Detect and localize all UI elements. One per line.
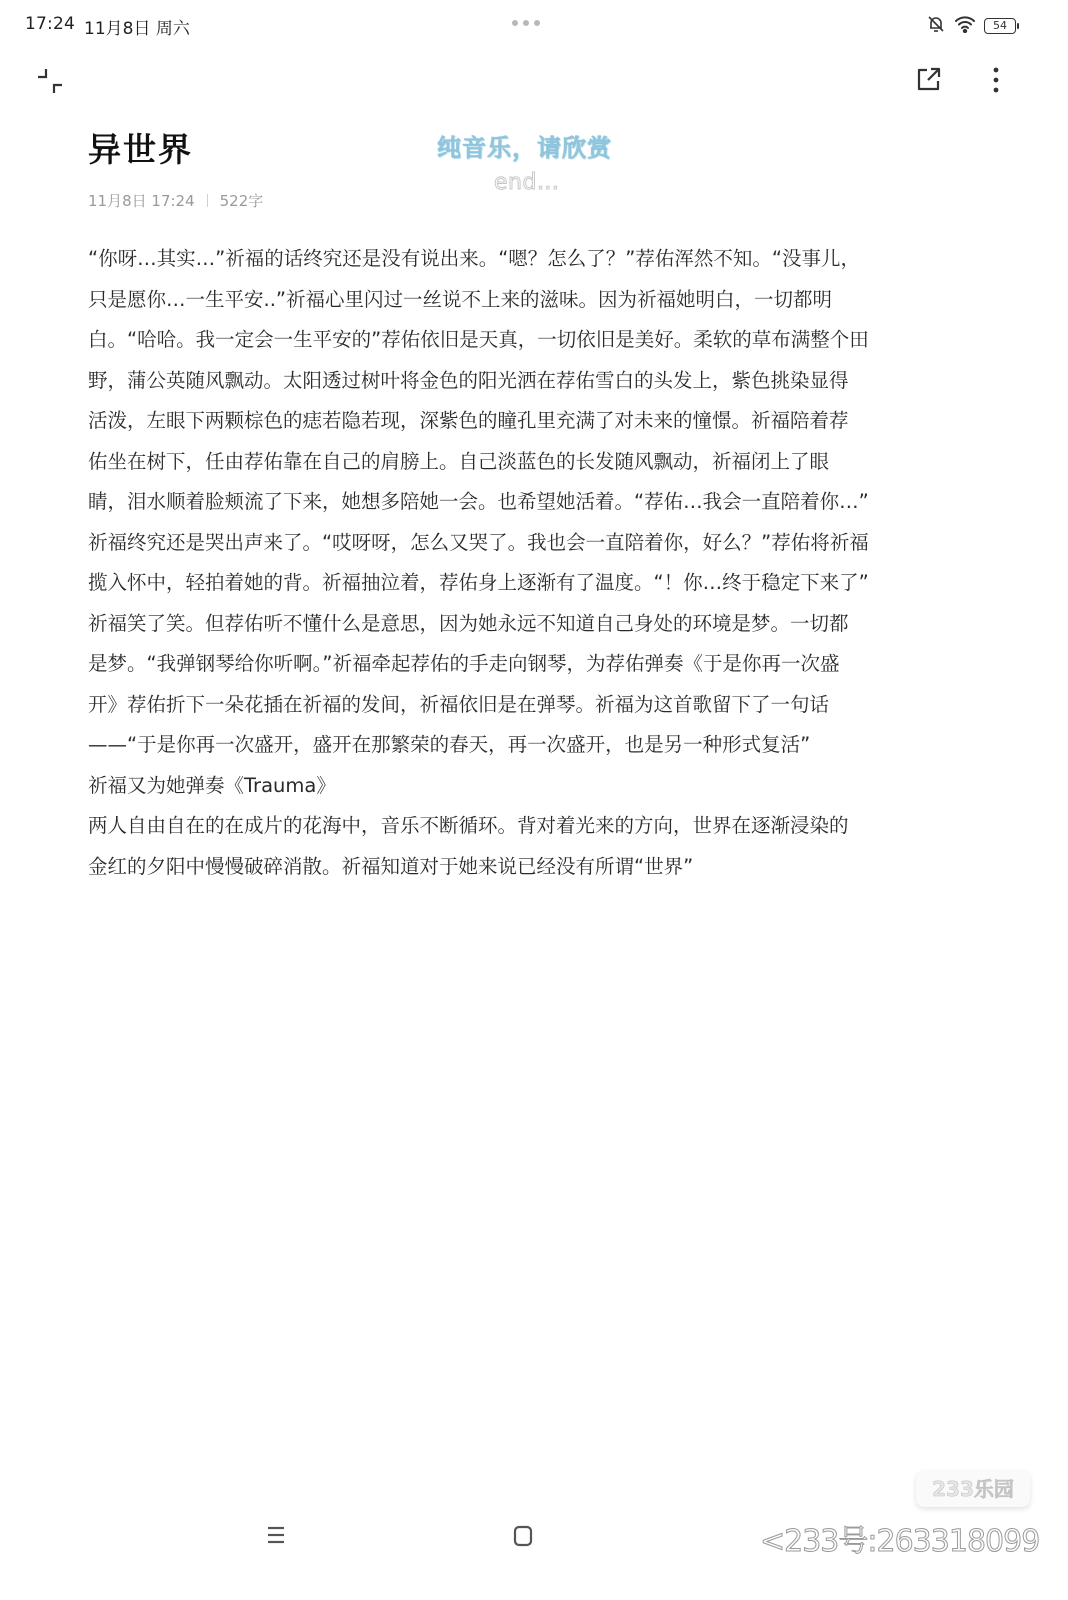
note-date: 11月8日 17:24 bbox=[88, 190, 195, 211]
notes-app-screen: 17:24 11月8日 周六 54 bbox=[0, 0, 1068, 1600]
watermark-id: <233号:263318099 bbox=[760, 1516, 1039, 1560]
menu-icon bbox=[265, 1530, 287, 1549]
bell-muted-icon bbox=[926, 14, 946, 38]
share-external-icon bbox=[914, 79, 944, 98]
note-line: 祈福笑了笑。但荐佑听不懂什么是意思，因为她永远不知道自己身处的环境是梦。一切都 bbox=[88, 604, 968, 645]
note-line: 佑坐在树下，任由荐佑靠在自己的肩膀上。自己淡蓝色的长发随风飘动，祈福闭上了眼 bbox=[88, 442, 968, 483]
note-line: “你呀…其实…”祈福的话终究还是没有说出来。“嗯？怎么了？”荐佑浑然不知。“没事… bbox=[88, 239, 968, 280]
collapse-icon bbox=[34, 84, 68, 103]
nav-home-button[interactable] bbox=[513, 1525, 533, 1547]
overlay-caption: 纯音乐，请欣赏 bbox=[437, 128, 612, 163]
note-line: 白。“哈哈。我一定会一生平安的”荐佑依旧是天真，一切依旧是美好。柔软的草布满整个… bbox=[88, 320, 968, 361]
more-options-button[interactable] bbox=[984, 64, 1008, 96]
note-line: ——“于是你再一次盛开，盛开在那繁荣的春天，再一次盛开，也是另一种形式复活” bbox=[88, 725, 968, 766]
note-line: 祈福又为她弹奏《Trauma》 bbox=[88, 766, 968, 807]
note-body[interactable]: “你呀…其实…”祈福的话终究还是没有说出来。“嗯？怎么了？”荐佑浑然不知。“没事… bbox=[88, 239, 968, 887]
note-meta: 11月8日 17:24 522字 bbox=[88, 190, 263, 211]
note-word-count: 522字 bbox=[220, 190, 264, 211]
note-line: 只是愿你…一生平安..”祈福心里闪过一丝说不上来的滋味。因为祈福她明白，一切都明 bbox=[88, 280, 968, 321]
note-line: 金红的夕阳中慢慢破碎消散。祈福知道对于她来说已经没有所谓“世界” bbox=[88, 847, 968, 888]
note-line: 祈福终究还是哭出声来了。“哎呀呀，怎么又哭了。我也会一直陪着你，好么？”荐佑将祈… bbox=[88, 523, 968, 564]
note-line: 揽入怀中，轻拍着她的背。祈福抽泣着，荐佑身上逐渐有了温度。“！你…终于稳定下来了… bbox=[88, 563, 968, 604]
note-line: 是梦。“我弹钢琴给你听啊。”祈福牵起荐佑的手走向钢琴，为荐佑弹奏《于是你再一次盛 bbox=[88, 644, 968, 685]
home-icon bbox=[513, 1532, 533, 1551]
note-line: 开》荐佑折下一朵花插在祈福的发间，祈福依旧是在弹琴。祈福为这首歌留下了一句话 bbox=[88, 685, 968, 726]
note-line: 两人自由自在的在成片的花海中，音乐不断循环。背对着光来的方向，世界在逐渐浸染的 bbox=[88, 806, 968, 847]
watermark-badge: 233乐园 bbox=[916, 1471, 1030, 1507]
more-vertical-icon bbox=[984, 81, 1008, 100]
share-button[interactable] bbox=[914, 64, 946, 96]
status-icons: 54 bbox=[926, 14, 1016, 38]
note-line: 活泼，左眼下两颗棕色的痣若隐若现，深紫色的瞳孔里充满了对未来的憧憬。祈福陪着荐 bbox=[88, 401, 968, 442]
note-line: 睛，泪水顺着脸颊流了下来，她想多陪她一会。也希望她活着。“荐佑…我会一直陪着你…… bbox=[88, 482, 968, 523]
wifi-icon bbox=[954, 15, 976, 37]
status-time: 17:24 bbox=[25, 14, 75, 34]
status-bar: 17:24 11月8日 周六 54 bbox=[0, 0, 1068, 50]
meta-divider bbox=[207, 194, 208, 207]
overlay-end-text: end... bbox=[494, 170, 559, 195]
multitask-dots-icon[interactable] bbox=[512, 20, 540, 26]
nav-menu-button[interactable] bbox=[265, 1525, 287, 1545]
note-line: 野，蒲公英随风飘动。太阳透过树叶将金色的阳光洒在荐佑雪白的头发上，紫色挑染显得 bbox=[88, 361, 968, 402]
status-date: 11月8日 周六 bbox=[84, 14, 190, 39]
battery-icon: 54 bbox=[984, 18, 1016, 34]
collapse-button[interactable] bbox=[34, 65, 68, 99]
note-title[interactable]: 异世界 bbox=[88, 124, 193, 171]
